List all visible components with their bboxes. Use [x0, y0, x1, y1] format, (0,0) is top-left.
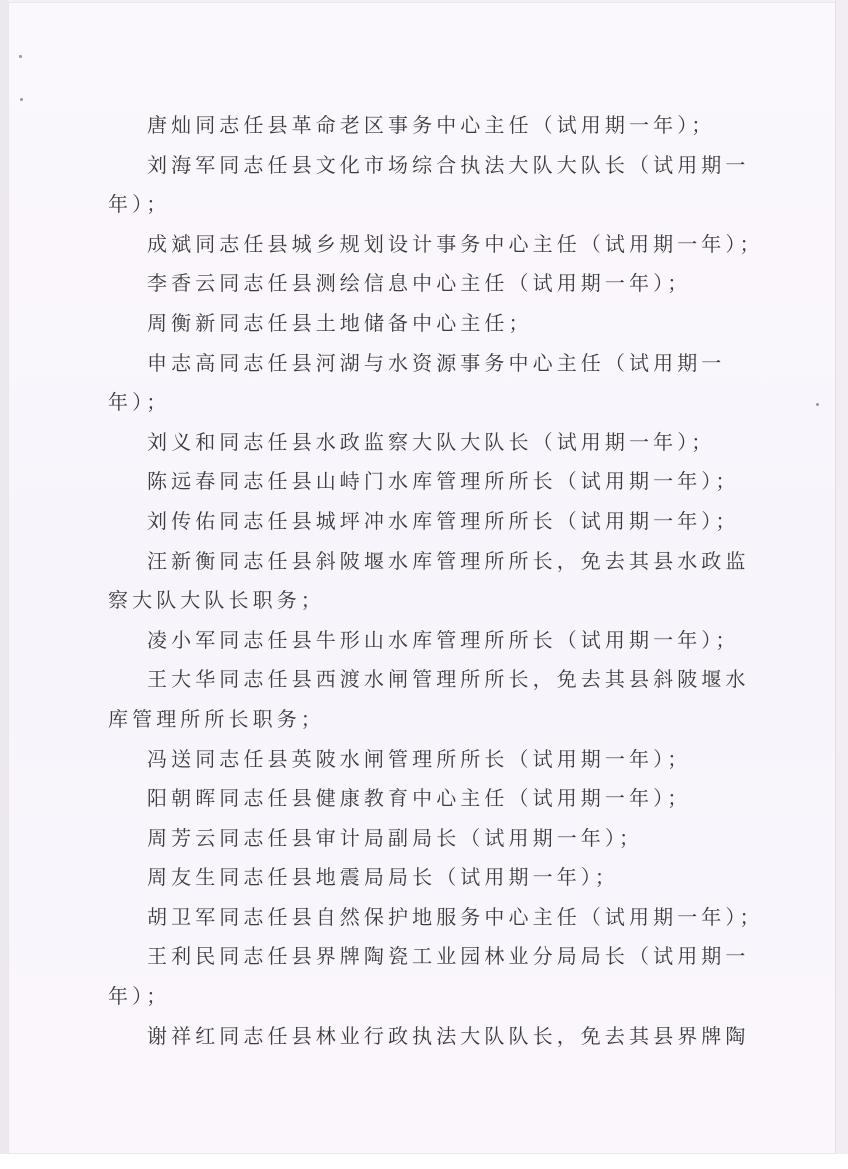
- paragraph-line: 凌小军同志任县牛形山水库管理所所长（试用期一年）；: [108, 621, 728, 661]
- paragraph-line-wrap: 库管理所所长职务；: [108, 700, 728, 740]
- paragraph-line: 刘义和同志任县水政监察大队大队长（试用期一年）；: [108, 423, 728, 463]
- scan-speck: [816, 403, 819, 406]
- scan-edge-right: [835, 0, 848, 1169]
- paragraph-line: 成斌同志任县城乡规划设计事务中心主任（试用期一年）；: [108, 225, 728, 265]
- paragraph-line: 周芳云同志任县审计局副局长（试用期一年）；: [108, 819, 728, 859]
- paragraph-line-wrap: 察大队大队长职务；: [108, 581, 728, 621]
- paragraph-line: 刘海军同志任县文化市场综合执法大队大队长（试用期一: [108, 146, 728, 186]
- scan-speck: [20, 98, 23, 101]
- paragraph-line: 王利民同志任县界牌陶瓷工业园林业分局局长（试用期一: [108, 937, 728, 977]
- paragraph-line: 谢祥红同志任县林业行政执法大队队长，免去其县界牌陶: [108, 1017, 728, 1057]
- paragraph-line-wrap: 年）；: [108, 383, 728, 423]
- paragraph-line: 唐灿同志任县革命老区事务中心主任（试用期一年）；: [108, 106, 728, 146]
- paragraph-line: 李香云同志任县测绘信息中心主任（试用期一年）；: [108, 264, 728, 304]
- paragraph-line: 刘传佑同志任县城坪冲水库管理所所长（试用期一年）；: [108, 502, 728, 542]
- paragraph-line: 申志高同志任县河湖与水资源事务中心主任（试用期一: [108, 344, 728, 384]
- paragraph-line: 王大华同志任县西渡水闸管理所所长，免去其县斜陂堰水: [108, 660, 728, 700]
- paragraph-line: 汪新衡同志任县斜陂堰水库管理所所长，免去其县水政监: [108, 542, 728, 582]
- scan-edge-bottom: [0, 1154, 848, 1169]
- document-body: 唐灿同志任县革命老区事务中心主任（试用期一年）； 刘海军同志任县文化市场综合执法…: [108, 106, 728, 1056]
- scan-edge-left: [0, 0, 8, 1169]
- paragraph-line: 冯送同志任县英陂水闸管理所所长（试用期一年）；: [108, 740, 728, 780]
- paragraph-line: 陈远春同志任县山峙门水库管理所所长（试用期一年）；: [108, 462, 728, 502]
- paragraph-line: 阳朝晖同志任县健康教育中心主任（试用期一年）；: [108, 779, 728, 819]
- paragraph-line-wrap: 年）；: [108, 977, 728, 1017]
- paragraph-line: 胡卫军同志任县自然保护地服务中心主任（试用期一年）；: [108, 898, 728, 938]
- paragraph-line: 周友生同志任县地震局局长（试用期一年）；: [108, 858, 728, 898]
- paragraph-line: 周衡新同志任县土地储备中心主任；: [108, 304, 728, 344]
- scan-speck: [19, 55, 22, 58]
- paragraph-line-wrap: 年）；: [108, 185, 728, 225]
